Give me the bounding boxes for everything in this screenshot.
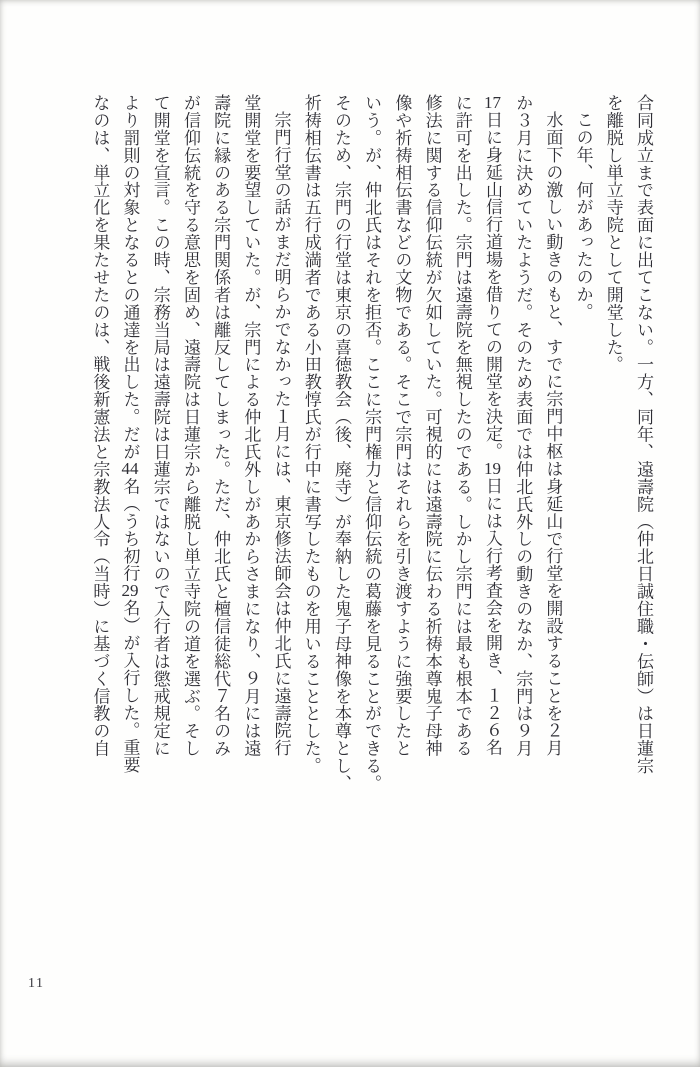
text-line: 水面下の激しい動きのもと、すでに宗門中枢は身延山で行堂を開設することを２月 [537,94,567,796]
text-line: なのは、単立化を果たせたのは、戦後新憲法と宗教法人令（当時）に基づく信教の自 [84,94,114,796]
text-line: 17日に身延山信行道場を借りての開堂を決定。19日には入行考査会を開き、１２６名 [477,94,507,796]
text-line: を離脱し単立寺院として開堂した。 [598,94,628,796]
text-line: 修法に関する信仰伝統が欠如していた。可視的には遠壽院に伝わる祈祷本尊鬼子母神 [416,94,446,796]
text-line: 合同成立まで表面に出てこない。一方、同年、遠壽院（仲北日誠住職・伝師）は日蓮宗 [628,94,658,796]
text-line: この年、何があったのか。 [567,94,597,796]
text-line: に許可を出した。宗門は遠壽院を無視したのである。しかし宗門には最も根本である [447,94,477,796]
text-line: 像や祈祷相伝書などの文物である。そこで宗門はそれらを引き渡すように強要したと [386,94,416,796]
text-line: いう。が、仲北氏はそれを拒否。ここに宗門権力と信仰伝統の葛藤を見ることができる。 [356,94,386,796]
page-body-text: 合同成立まで表面に出てこない。一方、同年、遠壽院（仲北日誠住職・伝師）は日蓮宗 … [84,94,658,796]
text-line: 宗門行堂の話がまだ明らかでなかった１月には、東京修法師会は仲北氏に遠壽院行 [265,94,295,796]
text-line: より罰則の対象となるとの通達を出した。だが44名（うち初行29名）が入行した。重… [114,94,144,796]
text-line: か３月に決めていたようだ。そのため表面では仲北氏外しの動きのなか、宗門は９月 [507,94,537,796]
text-line: が信仰伝統を守る意思を固め、遠壽院は日蓮宗から離脱し単立寺院の道を選ぶ。そし [175,94,205,796]
text-line: 祈祷相伝書は五行成満者である小田教惇氏が行中に書写したものを用いることとした。 [296,94,326,796]
text-line: 堂開堂を要望していた。が、宗門による仲北氏外しがあからさまになり、９月には遠 [235,94,265,796]
text-line: そのため、宗門の行堂は東京の喜徳教会（後、廃寺）が奉納した鬼子母神像を本尊とし、 [326,94,356,796]
text-line: て開堂を宣言。この時、宗務当局は遠壽院は日蓮宗ではないので入行者は懲戒規定に [145,94,175,796]
text-line: 壽院に縁のある宗門関係者は離反してしまった。ただ、仲北氏と檀信徒総代７名のみ [205,94,235,796]
page-number: 11 [28,976,44,992]
book-page: 合同成立まで表面に出てこない。一方、同年、遠壽院（仲北日誠住職・伝師）は日蓮宗 … [0,0,700,1067]
